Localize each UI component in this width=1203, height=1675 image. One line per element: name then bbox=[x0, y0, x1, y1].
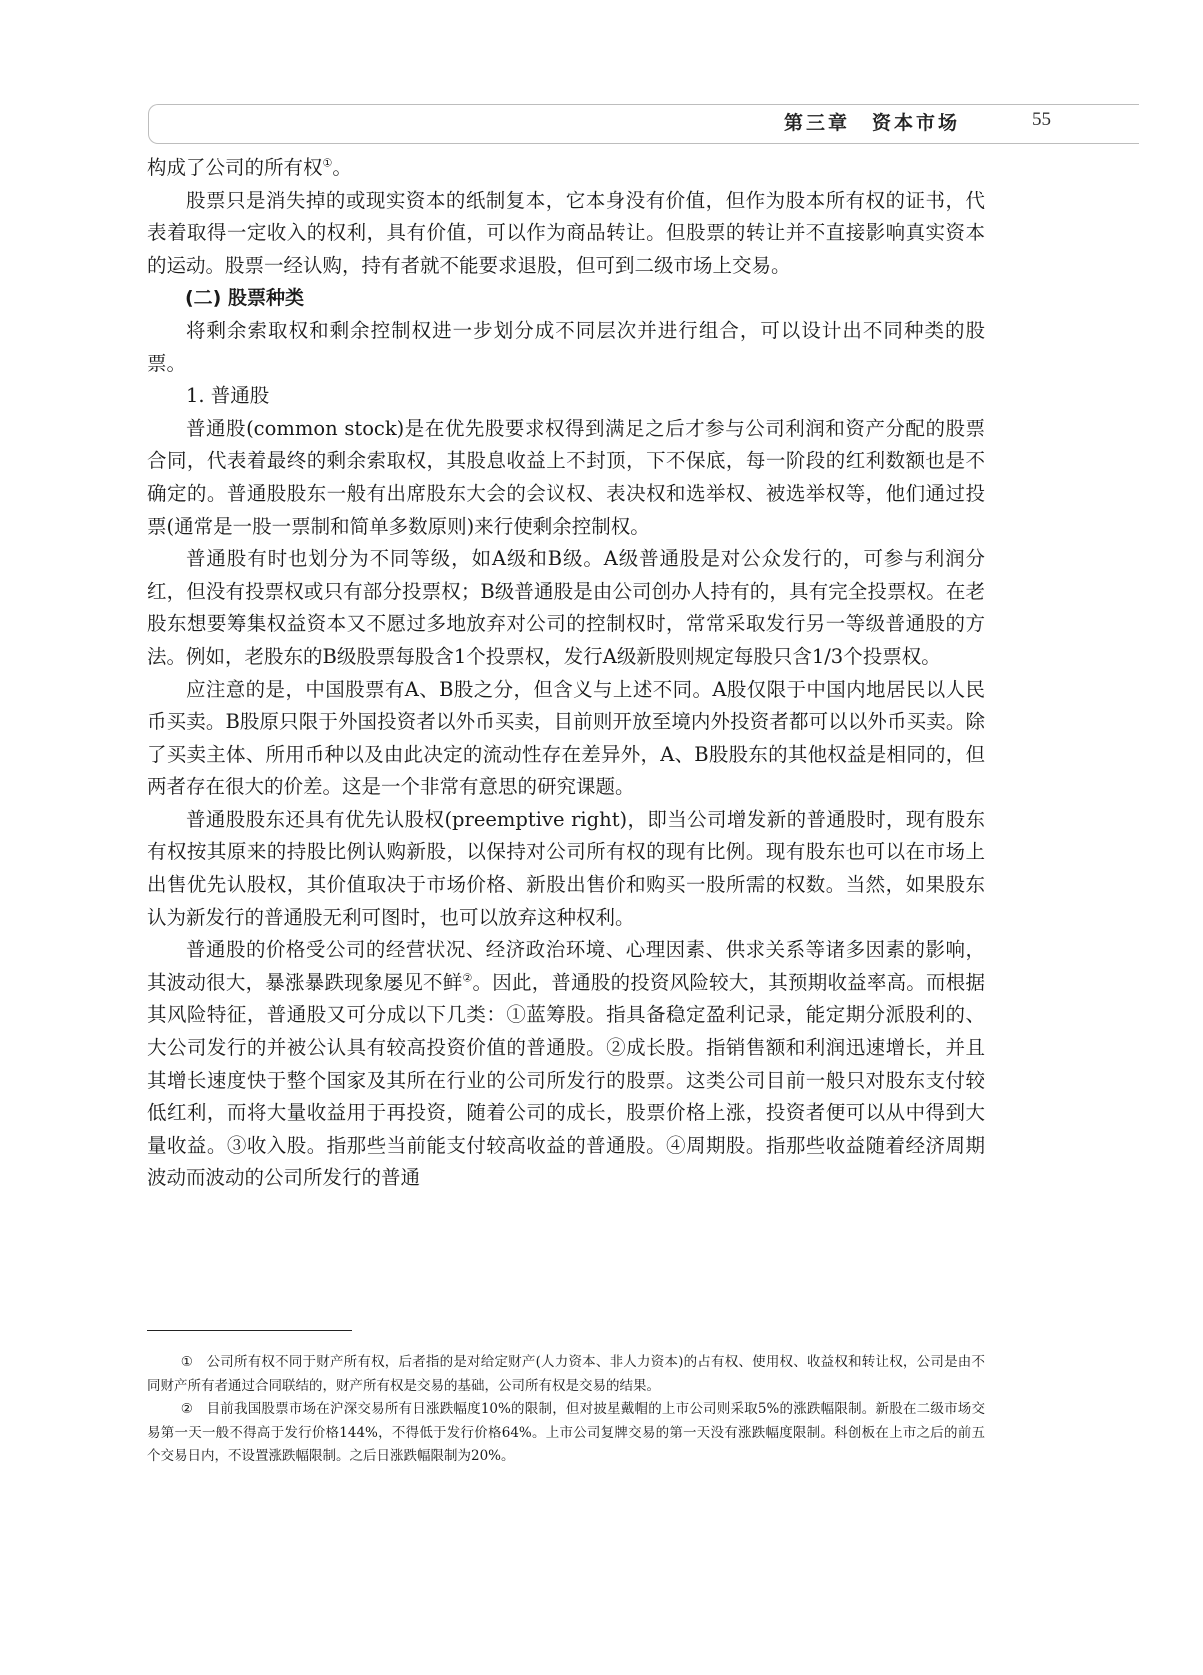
page-number: 55 bbox=[1032, 109, 1051, 131]
paragraph: 股票只是消失掉的或现实资本的纸制复本，它本身没有价值，但作为股本所有权的证书，代… bbox=[147, 185, 985, 283]
footnote-ref-2[interactable]: ② bbox=[462, 971, 472, 984]
footnotes: ①公司所有权不同于财产所有权，后者指的是对给定财产(人力资本、非人力资本)的占有… bbox=[147, 1351, 985, 1469]
footnote-divider bbox=[147, 1330, 352, 1331]
footnote-mark: ② bbox=[181, 1401, 193, 1417]
paragraph: 普通股(common stock)是在优先股要求权得到满足之后才参与公司利润和资… bbox=[147, 413, 985, 543]
paragraph: 将剩余索取权和剩余控制权进一步划分成不同层次并进行组合，可以设计出不同种类的股票… bbox=[147, 315, 985, 380]
footnote-mark: ① bbox=[181, 1354, 193, 1370]
paragraph-continuation: 构成了公司的所有权①。 bbox=[147, 152, 985, 185]
running-header-frame bbox=[148, 104, 1139, 144]
paragraph: 普通股股东还具有优先认股权(preemptive right)，即当公司增发新的… bbox=[147, 804, 985, 934]
section-heading: (二) 股票种类 bbox=[147, 282, 985, 315]
subheading: 1. 普通股 bbox=[147, 380, 985, 413]
running-header-chapter-title: 第三章 资本市场 bbox=[784, 108, 960, 135]
paragraph: 普通股有时也划分为不同等级，如A级和B级。A级普通股是对公众发行的，可参与利润分… bbox=[147, 543, 985, 673]
footnote-text: 目前我国股票市场在沪深交易所有日涨跌幅度10%的限制，但对披星戴帽的上市公司则采… bbox=[147, 1401, 985, 1464]
footnote-1: ①公司所有权不同于财产所有权，后者指的是对给定财产(人力资本、非人力资本)的占有… bbox=[147, 1351, 985, 1398]
footnote-2: ②目前我国股票市场在沪深交易所有日涨跌幅度10%的限制，但对披星戴帽的上市公司则… bbox=[147, 1398, 985, 1469]
paragraph: 普通股的价格受公司的经营状况、经济政治环境、心理因素、供求关系等诸多因素的影响，… bbox=[147, 934, 985, 1195]
paragraph: 应注意的是，中国股票有A、B股之分，但含义与上述不同。A股仅限于中国内地居民以人… bbox=[147, 674, 985, 804]
paragraph-text: 构成了公司的所有权 bbox=[147, 156, 323, 179]
paragraph-text: 。因此，普通股的投资风险较大，其预期收益率高。而根据其风险特征，普通股又可分成以… bbox=[147, 971, 985, 1190]
footnote-text: 公司所有权不同于财产所有权，后者指的是对给定财产(人力资本、非人力资本)的占有权… bbox=[147, 1354, 985, 1394]
paragraph-text: 。 bbox=[332, 156, 352, 179]
main-text: 构成了公司的所有权①。 股票只是消失掉的或现实资本的纸制复本，它本身没有价值，但… bbox=[147, 152, 985, 1195]
footnote-ref-1[interactable]: ① bbox=[323, 157, 333, 170]
